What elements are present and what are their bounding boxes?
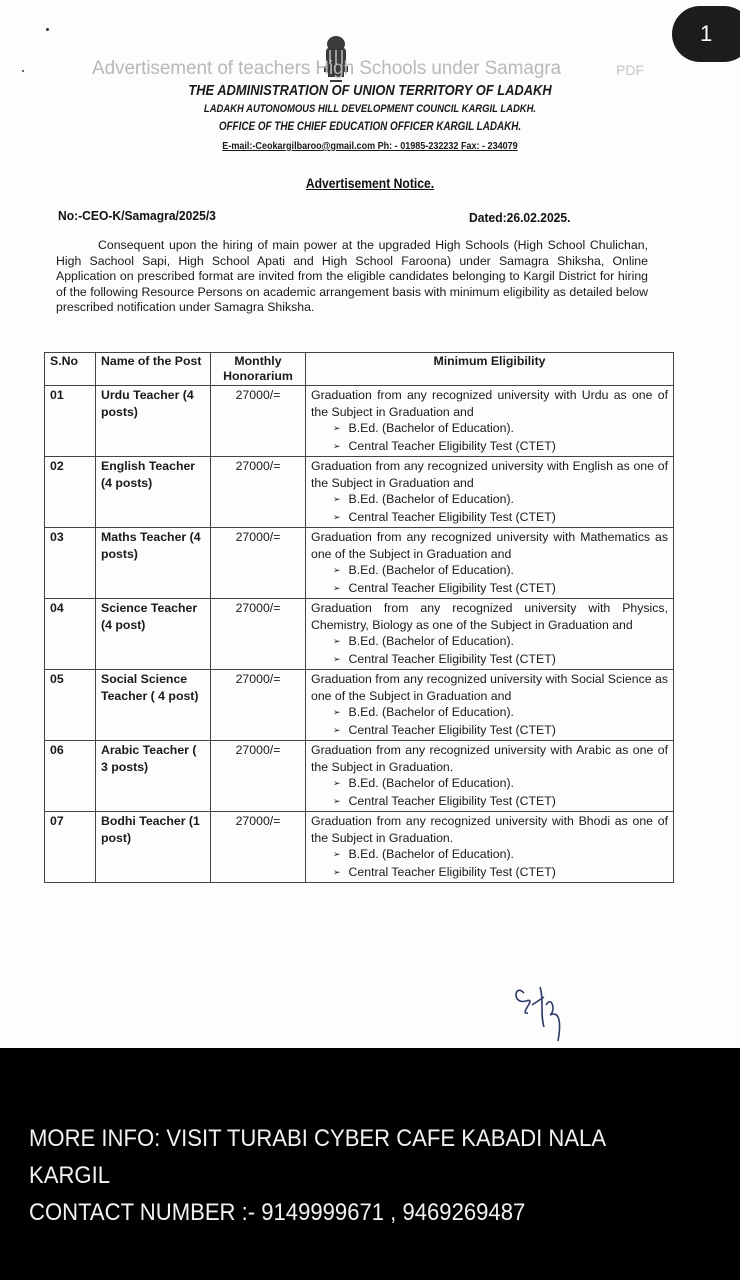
cell-sno: 07 <box>45 812 96 883</box>
eligibility-bullet-text: B.Ed. (Bachelor of Education). <box>349 705 514 719</box>
header-post: Name of the Post <box>96 353 211 386</box>
eligibility-bullet: B.Ed. (Bachelor of Education). <box>311 846 668 864</box>
cell-honorarium: 27000/= <box>211 812 306 883</box>
notice-date: Dated:26.02.2025. <box>469 210 570 225</box>
header-eligibility: Minimum Eligibility <box>306 353 674 386</box>
cell-sno: 04 <box>45 599 96 670</box>
eligibility-bullet: B.Ed. (Bachelor of Education). <box>311 775 668 793</box>
cell-sno: 06 <box>45 741 96 812</box>
eligibility-bullet-text: Central Teacher Eligibility Test (CTET) <box>349 723 556 737</box>
cell-post: Urdu Teacher (4 posts) <box>96 386 211 457</box>
cell-sno: 02 <box>45 457 96 528</box>
reference-number: No:-CEO-K/Samagra/2025/3 <box>58 208 216 223</box>
eligibility-text: Graduation from any recognized universit… <box>311 529 668 562</box>
eligibility-bullet: Central Teacher Eligibility Test (CTET) <box>311 864 668 882</box>
cell-post: English Teacher (4 posts) <box>96 457 211 528</box>
eligibility-bullet: Central Teacher Eligibility Test (CTET) <box>311 793 668 811</box>
letterhead-line-2: LADAKH AUTONOMOUS HILL DEVELOPMENT COUNC… <box>52 103 688 115</box>
eligibility-bullet: Central Teacher Eligibility Test (CTET) <box>311 438 668 456</box>
cell-honorarium: 27000/= <box>211 599 306 670</box>
file-type-label: PDF <box>616 62 644 78</box>
eligibility-bullet: B.Ed. (Bachelor of Education). <box>311 562 668 580</box>
eligibility-bullet-text: Central Teacher Eligibility Test (CTET) <box>349 439 556 453</box>
cell-post: Arabic Teacher ( 3 posts) <box>96 741 211 812</box>
eligibility-text: Graduation from any recognized universit… <box>311 671 668 704</box>
eligibility-bullet-text: Central Teacher Eligibility Test (CTET) <box>349 652 556 666</box>
table-row: 03Maths Teacher (4 posts)27000/=Graduati… <box>45 528 674 599</box>
letterhead-contact: E-mail:-Ceokargilbaroo@gmail.com Ph: - 0… <box>52 140 688 152</box>
table-row: 02English Teacher (4 posts)27000/=Gradua… <box>45 457 674 528</box>
eligibility-bullet-text: Central Teacher Eligibility Test (CTET) <box>349 794 556 808</box>
eligibility-text: Graduation from any recognized universit… <box>311 813 668 846</box>
eligibility-bullet-text: Central Teacher Eligibility Test (CTET) <box>349 510 556 524</box>
cell-post: Science Teacher (4 post) <box>96 599 211 670</box>
eligibility-bullet: Central Teacher Eligibility Test (CTET) <box>311 509 668 527</box>
cell-honorarium: 27000/= <box>211 670 306 741</box>
cell-honorarium: 27000/= <box>211 741 306 812</box>
cell-honorarium: 27000/= <box>211 528 306 599</box>
eligibility-bullet: B.Ed. (Bachelor of Education). <box>311 420 668 438</box>
eligibility-bullet-text: B.Ed. (Bachelor of Education). <box>349 563 514 577</box>
eligibility-bullet: B.Ed. (Bachelor of Education). <box>311 633 668 651</box>
cell-eligibility: Graduation from any recognized universit… <box>306 528 674 599</box>
table-row: 04Science Teacher (4 post)27000/=Graduat… <box>45 599 674 670</box>
eligibility-text: Graduation from any recognized universit… <box>311 387 668 420</box>
page-number-badge: 1 <box>672 6 740 62</box>
notice-body: Consequent upon the hiring of main power… <box>56 238 648 316</box>
eligibility-bullet-text: B.Ed. (Bachelor of Education). <box>349 492 514 506</box>
letterhead-line-1: THE ADMINISTRATION OF UNION TERRITORY OF… <box>52 82 688 99</box>
signature <box>510 975 580 1045</box>
eligibility-bullet-text: Central Teacher Eligibility Test (CTET) <box>349 581 556 595</box>
eligibility-bullet-text: Central Teacher Eligibility Test (CTET) <box>349 865 556 879</box>
speck <box>46 28 49 31</box>
cell-eligibility: Graduation from any recognized universit… <box>306 386 674 457</box>
cell-post: Social Science Teacher ( 4 post) <box>96 670 211 741</box>
cell-honorarium: 27000/= <box>211 386 306 457</box>
eligibility-bullet: B.Ed. (Bachelor of Education). <box>311 704 668 722</box>
notice-title: Advertisement Notice. <box>37 176 703 191</box>
cell-eligibility: Graduation from any recognized universit… <box>306 741 674 812</box>
eligibility-table: S.No Name of the Post Monthly Honorarium… <box>44 352 674 883</box>
eligibility-text: Graduation from any recognized universit… <box>311 600 668 633</box>
eligibility-bullet: Central Teacher Eligibility Test (CTET) <box>311 722 668 740</box>
eligibility-bullet-text: B.Ed. (Bachelor of Education). <box>349 421 514 435</box>
cell-sno: 03 <box>45 528 96 599</box>
eligibility-bullet: Central Teacher Eligibility Test (CTET) <box>311 580 668 598</box>
table-header-row: S.No Name of the Post Monthly Honorarium… <box>45 353 674 386</box>
cell-eligibility: Graduation from any recognized universit… <box>306 457 674 528</box>
eligibility-text: Graduation from any recognized universit… <box>311 458 668 491</box>
viewer-document-title: Advertisement of teachers High Schools u… <box>92 58 561 80</box>
table-row: 01Urdu Teacher (4 posts)27000/=Graduatio… <box>45 386 674 457</box>
cell-sno: 05 <box>45 670 96 741</box>
table-row: 07Bodhi Teacher (1 post)27000/=Graduatio… <box>45 812 674 883</box>
cell-eligibility: Graduation from any recognized universit… <box>306 812 674 883</box>
cell-honorarium: 27000/= <box>211 457 306 528</box>
cell-post: Maths Teacher (4 posts) <box>96 528 211 599</box>
eligibility-bullet-text: B.Ed. (Bachelor of Education). <box>349 634 514 648</box>
document-page: Advertisement of teachers High Schools u… <box>0 0 740 1048</box>
footer-text: MORE INFO: VISIT TURABI CYBER CAFE KABAD… <box>29 1120 664 1231</box>
cell-post: Bodhi Teacher (1 post) <box>96 812 211 883</box>
footer-more-info: MORE INFO: VISIT TURABI CYBER CAFE KABAD… <box>29 1120 664 1194</box>
cell-eligibility: Graduation from any recognized universit… <box>306 670 674 741</box>
footer-contact-number: CONTACT NUMBER :- 9149999671 , 946926948… <box>29 1194 664 1231</box>
header-sno: S.No <box>45 353 96 386</box>
eligibility-text: Graduation from any recognized universit… <box>311 742 668 775</box>
eligibility-bullet: Central Teacher Eligibility Test (CTET) <box>311 651 668 669</box>
letterhead-line-3: OFFICE OF THE CHIEF EDUCATION OFFICER KA… <box>52 121 688 133</box>
speck <box>22 70 24 72</box>
eligibility-bullet: B.Ed. (Bachelor of Education). <box>311 491 668 509</box>
header-honorarium: Monthly Honorarium <box>211 353 306 386</box>
table-row: 06Arabic Teacher ( 3 posts)27000/=Gradua… <box>45 741 674 812</box>
eligibility-bullet-text: B.Ed. (Bachelor of Education). <box>349 776 514 790</box>
eligibility-bullet-text: B.Ed. (Bachelor of Education). <box>349 847 514 861</box>
cell-sno: 01 <box>45 386 96 457</box>
table-row: 05Social Science Teacher ( 4 post)27000/… <box>45 670 674 741</box>
cell-eligibility: Graduation from any recognized universit… <box>306 599 674 670</box>
